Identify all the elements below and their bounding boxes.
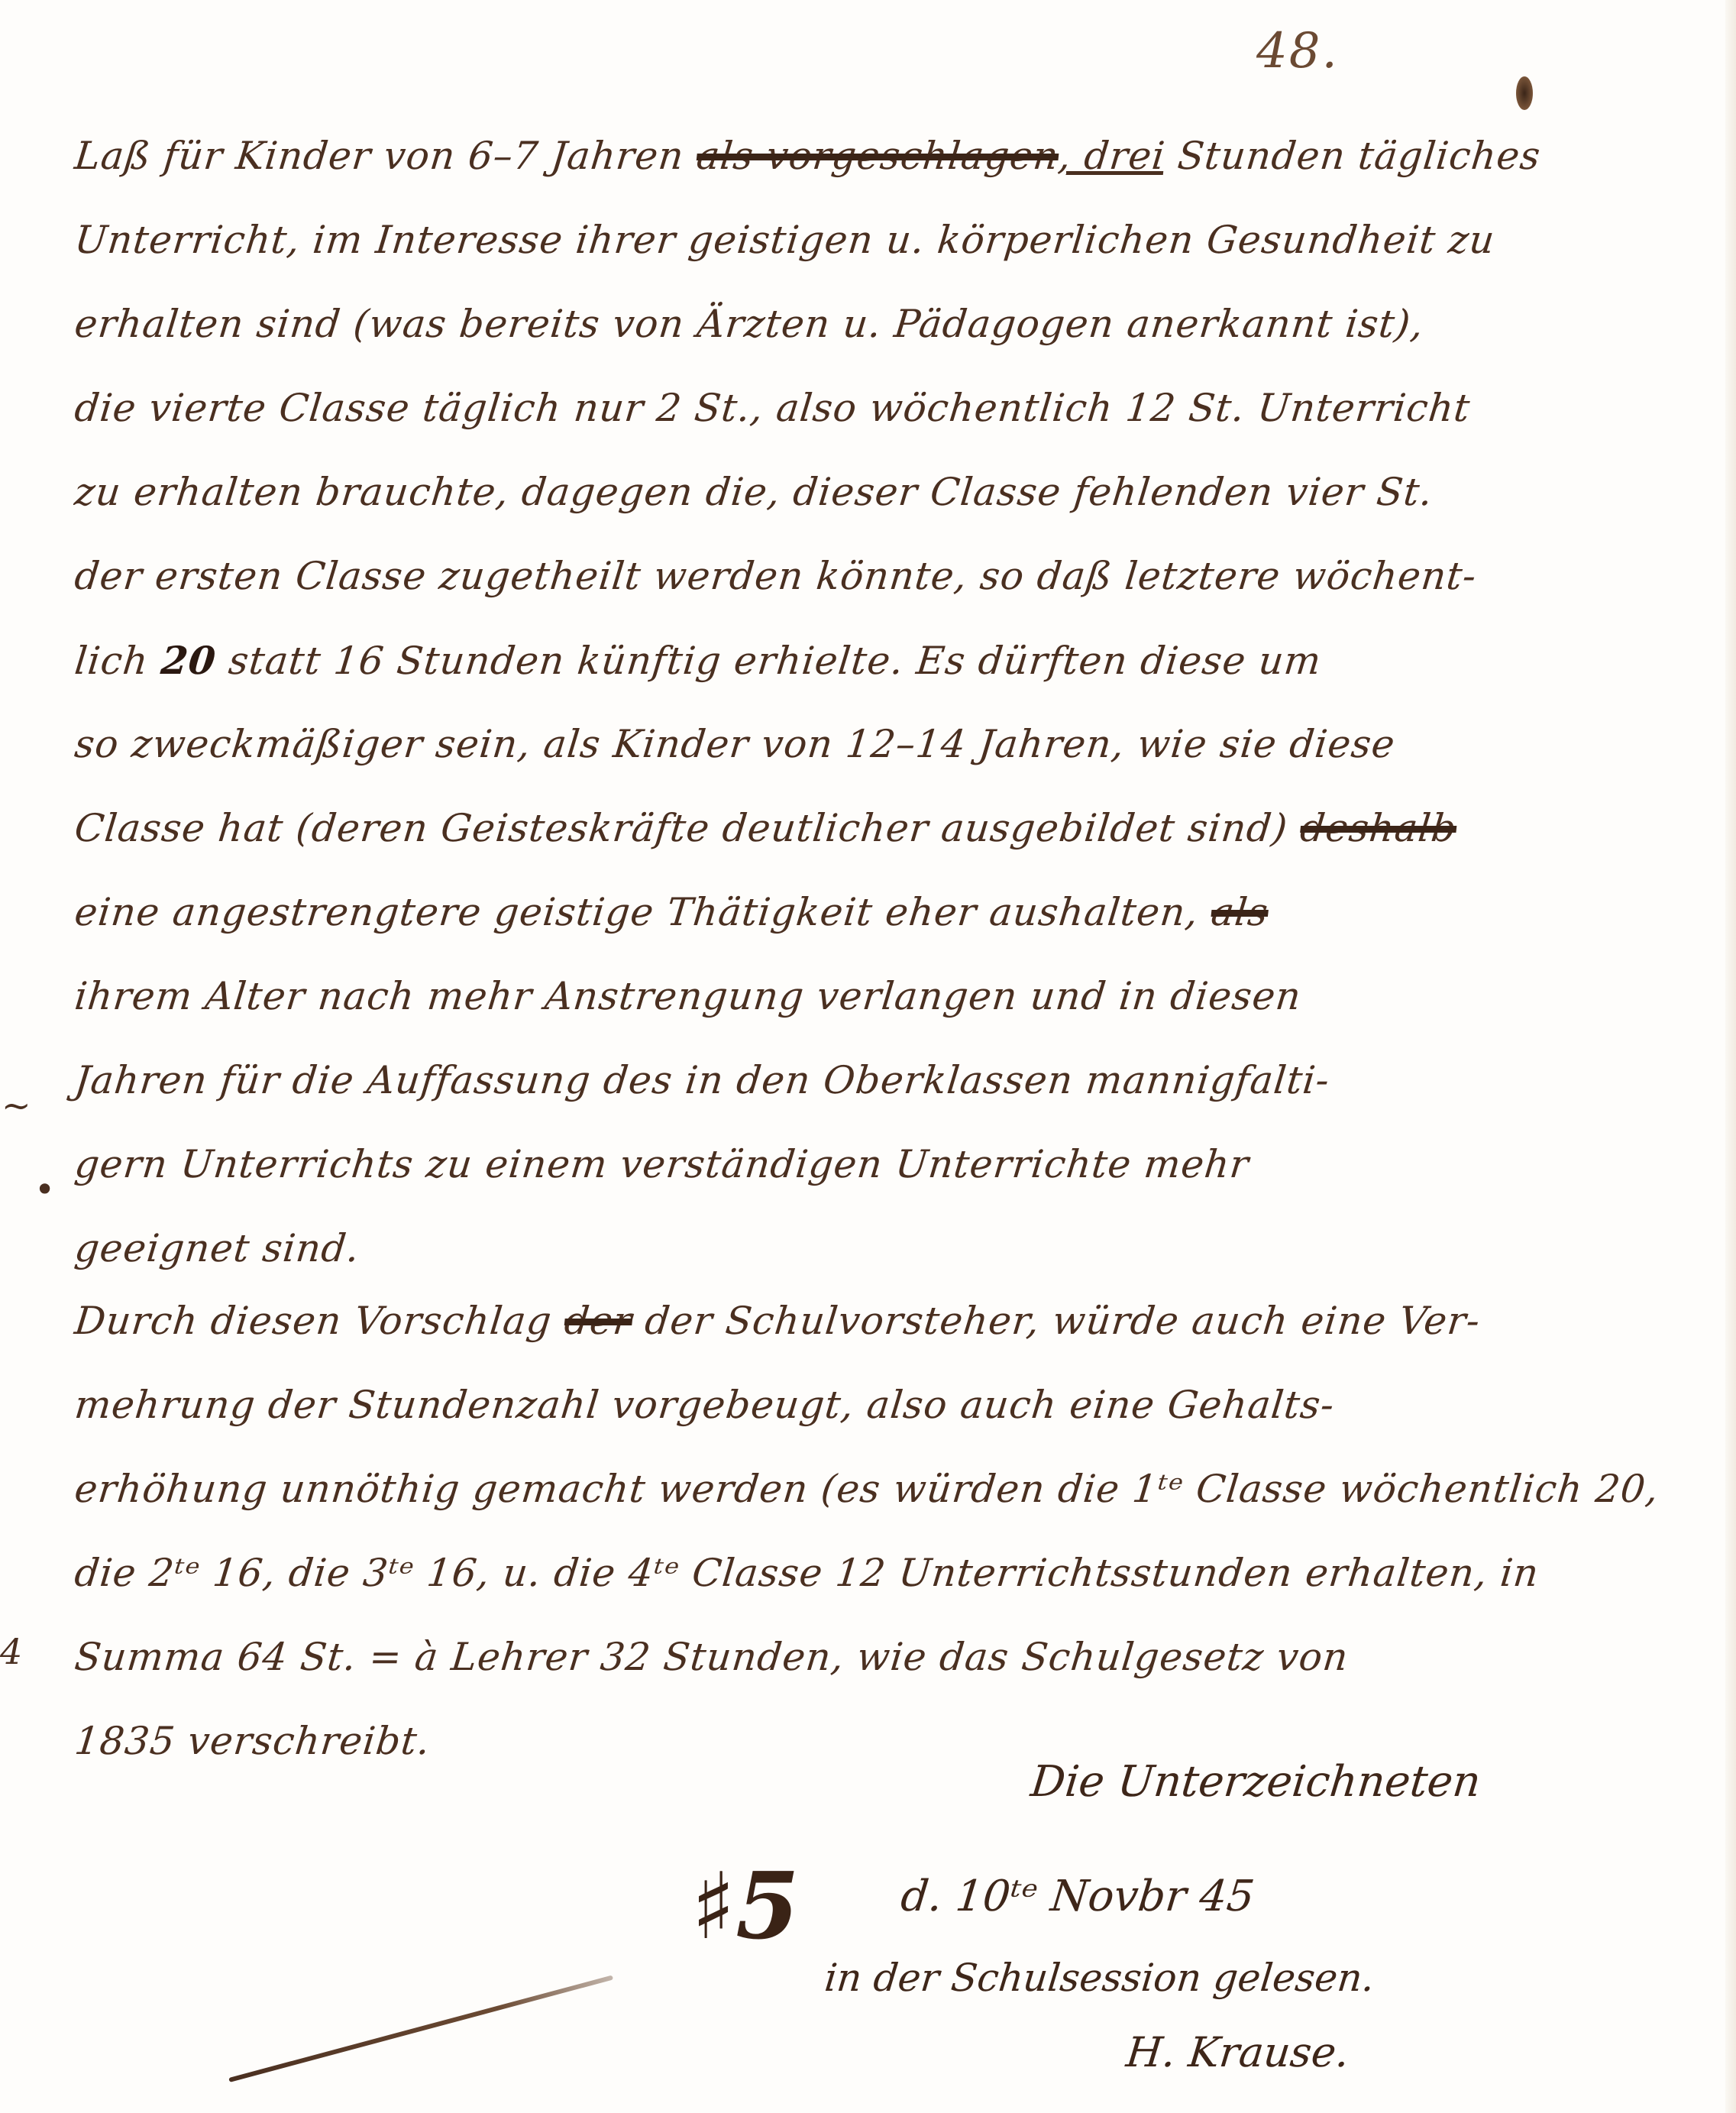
line-text: gern Unterrichts zu einem verständigen U… (73, 1142, 1251, 1186)
manuscript-line: zu erhalten brauchte, dagegen die, diese… (73, 470, 1435, 514)
margin-mark: 4 (0, 1631, 22, 1672)
manuscript-line: die 2ᵗᵉ 16, die 3ᵗᵉ 16, u. die 4ᵗᵉ Class… (73, 1551, 1541, 1595)
line-text: , drei (1056, 134, 1167, 178)
line-text: Laß für Kinder von 6–7 Jahren (73, 134, 699, 178)
struck-text: als (1209, 890, 1271, 934)
signature-mark: ♯5 (691, 1853, 800, 1960)
closing-note: in der Schulsession gelesen. (823, 1956, 1377, 2000)
line-text: Stunden tägliches (1162, 134, 1543, 178)
closing-date: d. 10ᵗᵉ Novbr 45 (899, 1872, 1257, 1921)
line-text: die vierte Classe täglich nur 2 St., als… (73, 386, 1473, 430)
line-text: die 2ᵗᵉ 16, die 3ᵗᵉ 16, u. die 4ᵗᵉ Class… (73, 1551, 1541, 1595)
manuscript-line: Classe hat (deren Geisteskräfte deutlich… (73, 806, 1459, 850)
manuscript-line: mehrung der Stundenzahl vorgebeugt, also… (73, 1383, 1337, 1427)
line-text: Unterricht, im Interesse ihrer geistigen… (73, 218, 1497, 262)
line-text: lich (73, 639, 163, 683)
line-text: Summa 64 St. = à Lehrer 32 Stunden, wie … (73, 1635, 1350, 1679)
manuscript-line: gern Unterrichts zu einem verständigen U… (73, 1142, 1251, 1186)
manuscript-page: 48. Laß für Kinder von 6–7 Jahren als vo… (0, 0, 1736, 2113)
manuscript-line: Durch diesen Vorschlag der der Schulvors… (73, 1299, 1482, 1343)
margin-mark: • (34, 1169, 55, 1210)
line-text: 20 (159, 638, 218, 683)
line-text: zu erhalten brauchte, dagegen die, diese… (73, 470, 1435, 514)
line-text: Jahren für die Auffassung des in den Obe… (73, 1058, 1332, 1102)
manuscript-line: so zweckmäßiger sein, als Kinder von 12–… (73, 722, 1398, 766)
pen-flourish (228, 1975, 613, 2082)
manuscript-line: Jahren für die Auffassung des in den Obe… (73, 1058, 1332, 1102)
line-text: Classe hat (deren Geisteskräfte deutlich… (73, 806, 1303, 850)
struck-text: als vorgeschlagen (694, 134, 1061, 178)
line-text: der ersten Classe zugetheilt werden könn… (73, 554, 1479, 598)
line-text: geeignet sind. (73, 1226, 362, 1270)
ink-blot (1516, 76, 1533, 110)
line-text: so zweckmäßiger sein, als Kinder von 12–… (73, 722, 1398, 766)
manuscript-line: Laß für Kinder von 6–7 Jahren als vorges… (73, 134, 1543, 178)
manuscript-line: geeignet sind. (73, 1226, 362, 1270)
line-text: ihrem Alter nach mehr Anstrengung verlan… (73, 974, 1304, 1018)
line-text: erhalten sind (was bereits von Ärzten u.… (73, 302, 1426, 346)
line-text: 1835 verschreibt. (73, 1719, 432, 1763)
line-text: der Schulvorsteher, würde auch eine Ver- (630, 1299, 1482, 1343)
manuscript-line: lich 20 statt 16 Stunden künftig erhielt… (73, 638, 1324, 683)
manuscript-line: Unterricht, im Interesse ihrer geistigen… (73, 218, 1497, 262)
page-number: 48. (1256, 23, 1339, 79)
margin-mark: ~ (2, 1085, 31, 1126)
line-text: eine angestrengtere geistige Thätigkeit … (73, 890, 1214, 934)
manuscript-line: der ersten Classe zugetheilt werden könn… (73, 554, 1479, 598)
line-text: erhöhung unnöthig gemacht werden (es wür… (73, 1467, 1661, 1511)
page-edge (1725, 0, 1736, 2113)
closing-signoff: Die Unterzeichneten (1029, 1757, 1483, 1807)
manuscript-line: erhöhung unnöthig gemacht werden (es wür… (73, 1467, 1661, 1511)
manuscript-line: eine angestrengtere geistige Thätigkeit … (73, 890, 1271, 934)
line-text: Durch diesen Vorschlag (73, 1299, 567, 1343)
struck-text: der (562, 1299, 635, 1343)
struck-text: deshalb (1298, 806, 1459, 850)
line-text: statt 16 Stunden künftig erhielte. Es dü… (214, 639, 1324, 683)
manuscript-line: die vierte Classe täglich nur 2 St., als… (73, 386, 1473, 430)
manuscript-line: ihrem Alter nach mehr Anstrengung verlan… (73, 974, 1304, 1018)
line-text: mehrung der Stundenzahl vorgebeugt, also… (73, 1383, 1337, 1427)
manuscript-line: 1835 verschreibt. (73, 1719, 432, 1763)
manuscript-line: Summa 64 St. = à Lehrer 32 Stunden, wie … (73, 1635, 1350, 1679)
closing-signature: H. Krause. (1124, 2028, 1352, 2076)
manuscript-line: erhalten sind (was bereits von Ärzten u.… (73, 302, 1426, 346)
